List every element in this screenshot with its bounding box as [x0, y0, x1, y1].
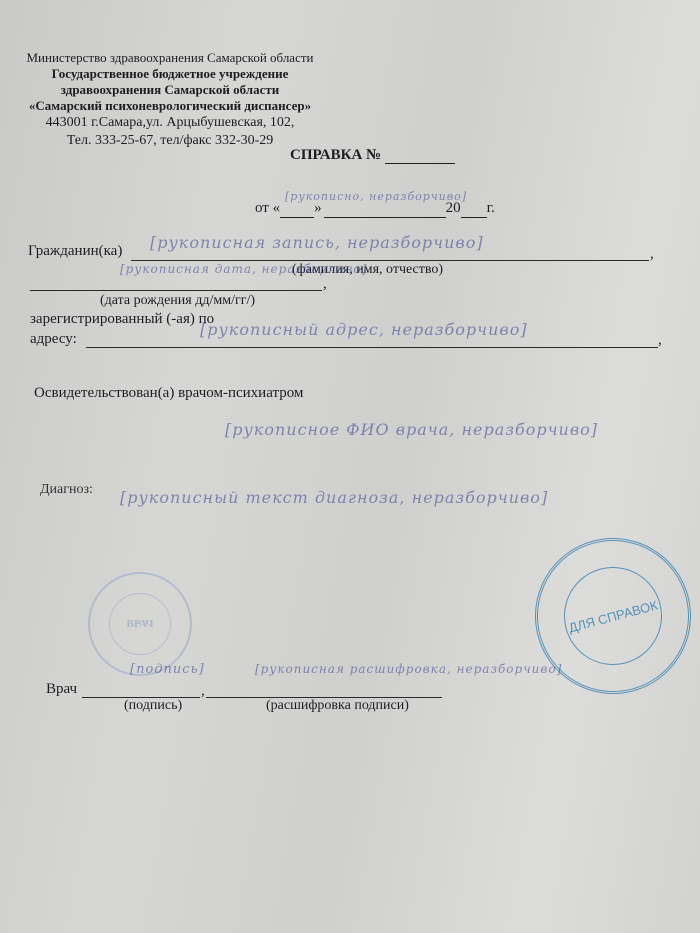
diagnosis-handwritten: [рукописный текст диагноза, неразборчиво…: [120, 480, 660, 516]
birth-line: [30, 290, 322, 291]
diagnosis-label: Диагноз:: [40, 482, 93, 498]
comma: ,: [323, 276, 327, 293]
doctor-stamp-center: ВРАЧ: [109, 593, 171, 655]
address-label-1: зарегистрированный (-ая) по: [30, 311, 214, 328]
date-prefix: от «: [255, 200, 280, 216]
address-handwritten: [рукописный адрес, неразборчиво]: [200, 320, 528, 339]
psychiatrist-name-handwritten: [рукописное ФИО врача, неразборчиво]: [225, 420, 598, 439]
institution-round-stamp: ДЛЯ СПРАВОК: [517, 520, 700, 711]
doctor-label: Врач: [46, 681, 77, 698]
institution-region-line: здравоохранения Самарской области: [20, 82, 320, 98]
birth-sub-label: (дата рождения дд/мм/гг/): [100, 293, 255, 309]
comma: ,: [658, 332, 662, 349]
signature-sub-label: (подпись): [124, 698, 182, 714]
certificate-number-field: [385, 149, 455, 164]
address-line: [86, 347, 658, 348]
stamp-center-text: ДЛЯ СПРАВОК: [553, 556, 673, 676]
document-title: СПРАВКА №: [290, 147, 455, 164]
title-text: СПРАВКА №: [290, 147, 381, 163]
signature-decode-handwritten: [рукописная расшифровка, неразборчиво]: [255, 662, 562, 676]
institution-address: 443001 г.Самара,ул. Арцыбушевская, 102,: [20, 114, 320, 132]
signature-decode-sub-label: (расшифровка подписи): [266, 698, 409, 714]
citizen-label: Гражданин(ка): [28, 243, 122, 260]
birth-date-handwritten: [рукописная дата, неразборчиво]: [120, 262, 367, 276]
institution-header: Министерство здравоохранения Самарской о…: [20, 50, 320, 150]
citizen-line: [131, 260, 649, 261]
ministry-line: Министерство здравоохранения Самарской о…: [20, 50, 320, 66]
citizen-name-handwritten: [рукописная запись, неразборчиво]: [150, 233, 484, 252]
examined-label: Освидетельствован(а) врачом-психиатром: [34, 385, 303, 402]
institution-name-line: «Самарский психоневрологический диспансе…: [20, 98, 320, 114]
comma: ,: [650, 246, 654, 263]
comma: ,: [201, 683, 205, 700]
institution-phone: Тел. 333-25-67, тел/факс 332-30-29: [20, 132, 320, 150]
date-suffix: г.: [487, 200, 495, 216]
doctor-signature-handwritten: [подпись]: [130, 662, 205, 677]
address-label-2: адресу:: [30, 331, 77, 348]
doctor-personal-stamp: ВРАЧ: [88, 572, 192, 676]
date-handwritten: [рукописно, неразборчиво]: [285, 190, 467, 203]
institution-type-line: Государственное бюджетное учреждение: [20, 66, 320, 82]
